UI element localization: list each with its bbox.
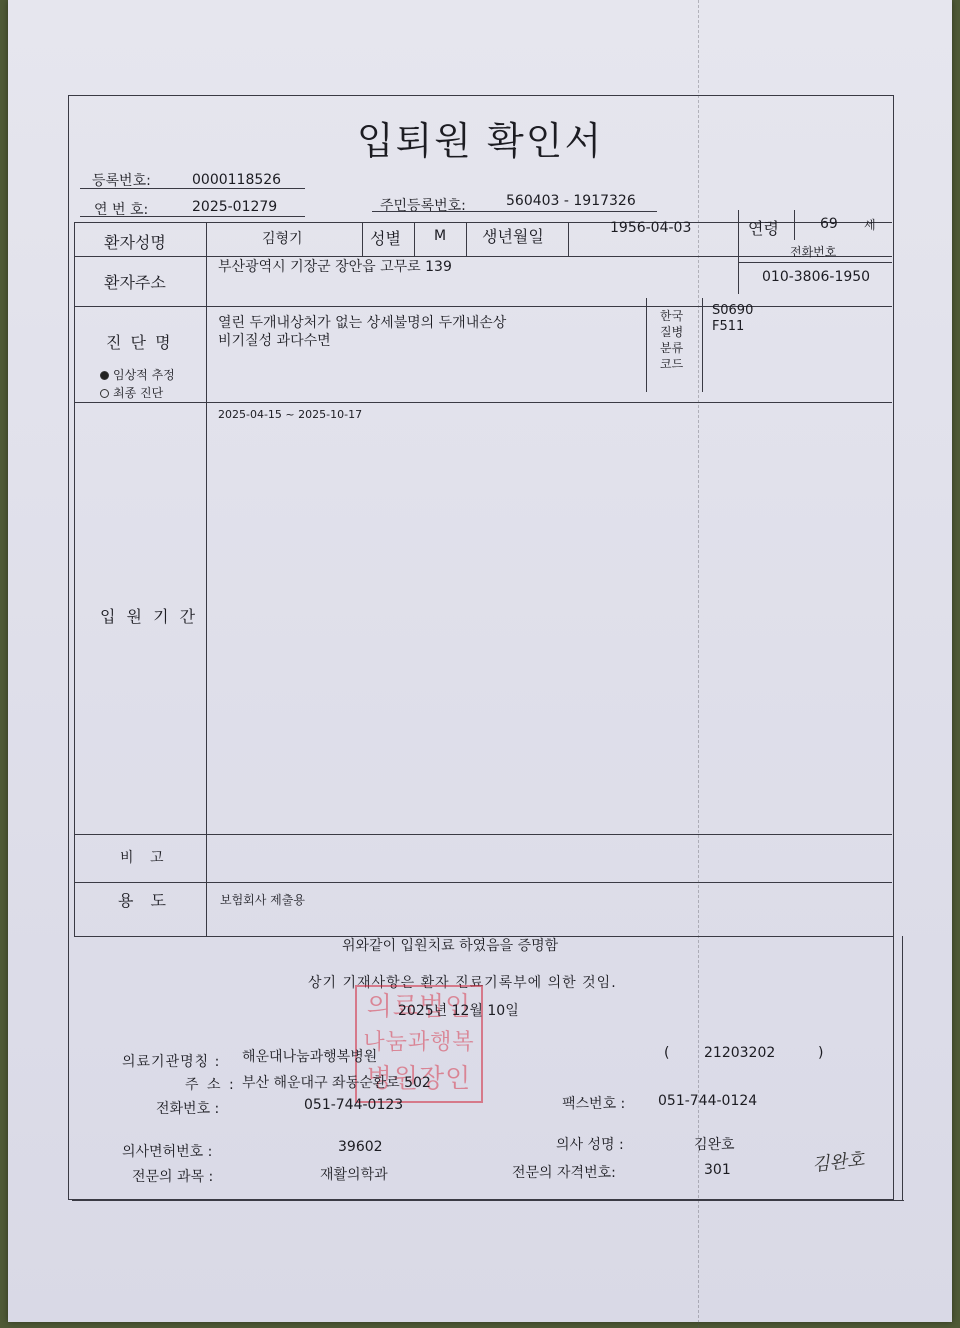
age-label: 연령 xyxy=(748,216,779,239)
admission-label: 입 원 기 간 xyxy=(100,604,198,627)
phone-label: 전화번호 xyxy=(790,243,836,260)
col-line xyxy=(362,222,363,256)
institution-code: 21203202 xyxy=(704,1045,775,1061)
doctor-license-label: 의사면허번호 : xyxy=(122,1141,212,1161)
doctor-name: 김완호 xyxy=(694,1134,735,1154)
kcd-label-part: 질병 xyxy=(660,324,683,340)
certification-date: 2025년 12월 10일 xyxy=(398,1000,519,1020)
right-line xyxy=(902,936,903,1200)
option-label: 임상적 추정 xyxy=(113,368,175,382)
col-line xyxy=(414,222,415,256)
doctor-cert-label: 전문의 자격번호: xyxy=(512,1162,616,1182)
diagnosis-line-1: 열린 두개내상처가 없는 상세불명의 두개내손상 xyxy=(218,312,506,332)
row-line xyxy=(74,834,892,835)
remarks-label: 비 고 xyxy=(120,847,170,867)
option-label: 최종 진단 xyxy=(113,386,163,400)
kcd-label-part: 코드 xyxy=(660,356,683,372)
bottom-line xyxy=(72,1200,904,1201)
radio-empty-icon xyxy=(100,389,109,398)
institution-fax: 051-744-0124 xyxy=(658,1093,757,1109)
institution-fax-label: 팩스번호 : xyxy=(562,1093,625,1113)
kcd-code-label: 한국 질병 분류 코드 xyxy=(660,308,683,372)
doctor-cert: 301 xyxy=(704,1162,731,1178)
institution-phone: 051-744-0123 xyxy=(304,1097,403,1113)
institution-code-open: ( xyxy=(664,1045,669,1061)
purpose-label: 용 도 xyxy=(118,888,172,911)
purpose-value: 보험회사 제출용 xyxy=(220,891,305,908)
birth-value: 1956-04-03 xyxy=(610,220,691,236)
row-line xyxy=(738,262,892,263)
patient-name-label: 환자성명 xyxy=(104,230,166,253)
address-label: 환자주소 xyxy=(104,270,166,293)
institution-name-label: 의료기관명칭 : xyxy=(122,1051,220,1071)
doctor-name-label: 의사 성명 : xyxy=(556,1134,624,1154)
row-line xyxy=(74,882,892,883)
row-line xyxy=(74,256,892,257)
age-value: 69 xyxy=(820,216,838,232)
radio-selected-icon xyxy=(100,371,109,380)
institution-name: 해운대나눔과행복병원 xyxy=(242,1046,377,1066)
col-line xyxy=(74,222,75,936)
institution-code-close: ) xyxy=(818,1045,823,1061)
address-value: 부산광역시 기장군 장안읍 고무로 139 xyxy=(218,256,452,276)
phone-value: 010-3806-1950 xyxy=(762,269,870,285)
diagnosis-option-final[interactable]: 최종 진단 xyxy=(100,384,163,401)
kcd-label-part: 분류 xyxy=(660,340,683,356)
sex-label: 성별 xyxy=(370,226,401,249)
diagnosis-line-2: 비기질성 과다수면 xyxy=(218,330,331,350)
row-line xyxy=(74,402,892,403)
institution-phone-label: 전화번호 : xyxy=(156,1098,219,1118)
col-line xyxy=(794,210,795,240)
patient-name: 김형기 xyxy=(262,228,303,248)
col-line xyxy=(466,222,467,256)
col-line xyxy=(702,298,703,392)
institution-address: 부산 해운대구 좌동순환로 502 xyxy=(242,1072,431,1092)
certification-statement: 위와같이 입원치료 하였음을 증명함 xyxy=(342,935,558,955)
col-line xyxy=(568,222,569,256)
admission-period: 2025-04-15 ~ 2025-10-17 xyxy=(218,408,362,421)
diagnosis-label: 진 단 명 xyxy=(106,330,173,353)
kcd-codes: S0690 F511 xyxy=(712,303,753,335)
doctor-specialty: 재활의학과 xyxy=(320,1164,388,1184)
age-unit: 세 xyxy=(864,216,876,233)
doctor-specialty-label: 전문의 과목 : xyxy=(132,1166,213,1186)
doctor-license: 39602 xyxy=(338,1139,383,1155)
col-line xyxy=(646,298,647,392)
kcd-code: F511 xyxy=(712,319,753,335)
sex-value: M xyxy=(434,228,446,244)
diagnosis-option-clinical[interactable]: 임상적 추정 xyxy=(100,366,175,383)
kcd-label-part: 한국 xyxy=(660,308,683,324)
col-line xyxy=(206,222,207,936)
col-line xyxy=(738,210,739,294)
institution-address-label: 주 소 : xyxy=(185,1074,236,1094)
kcd-code: S0690 xyxy=(712,303,753,319)
doctor-signature: 김완호 xyxy=(811,1145,866,1176)
birth-label: 생년월일 xyxy=(482,224,544,247)
row-line xyxy=(74,306,892,307)
